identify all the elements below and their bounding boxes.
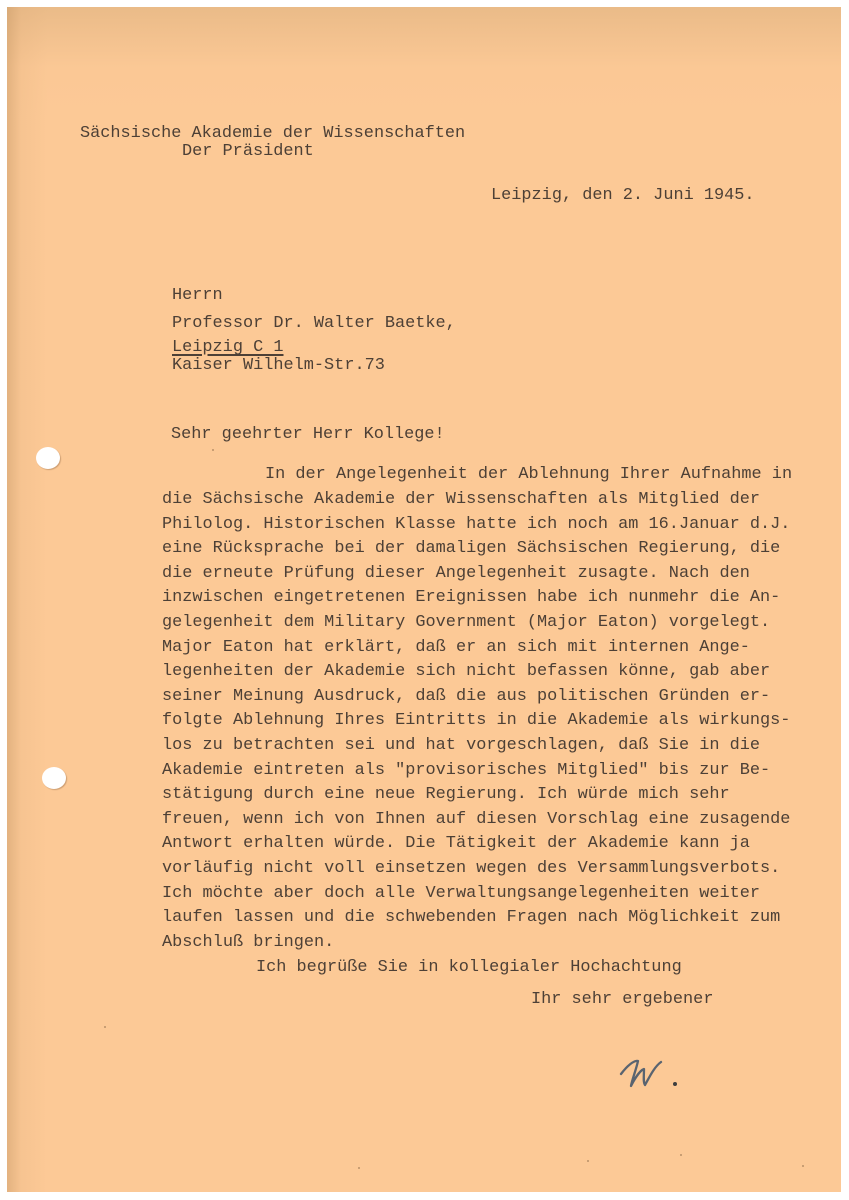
body-line: vorläufig nicht voll einsetzen wegen des… xyxy=(162,859,780,879)
body-line: stätigung durch eine neue Regierung. Ich… xyxy=(162,785,730,805)
body-line: laufen lassen und die schwebenden Fragen… xyxy=(162,908,780,928)
recipient-street: Kaiser Wilhelm-Str.73 xyxy=(172,356,385,376)
body-line: In der Angelegenheit der Ablehnung Ihrer… xyxy=(265,465,792,485)
valediction: Ihr sehr ergebener xyxy=(531,990,713,1010)
body-line: Akademie eintreten als "provisorisches M… xyxy=(162,761,770,781)
body-line: Ich möchte aber doch alle Verwaltungsang… xyxy=(162,884,760,904)
body-line: legenheiten der Akademie sich nicht befa… xyxy=(162,662,770,682)
recipient-name: Professor Dr. Walter Baetke, xyxy=(172,314,456,334)
paper-speck xyxy=(587,1160,589,1162)
body-line: die erneute Prüfung dieser Angelegenheit… xyxy=(162,564,750,584)
body-line: eine Rücksprache bei der damaligen Sächs… xyxy=(162,539,780,559)
closing-line: Ich begrüße Sie in kollegialer Hochachtu… xyxy=(256,958,682,978)
body-line: gelegenheit dem Military Government (Maj… xyxy=(162,613,770,633)
paper-speck xyxy=(802,1165,804,1167)
body-line: Antwort erhalten würde. Die Tätigkeit de… xyxy=(162,834,750,854)
greeting: Sehr geehrter Herr Kollege! xyxy=(171,425,445,445)
sender-title: Der Präsident xyxy=(182,142,314,162)
handwritten-signature-icon xyxy=(618,1052,678,1094)
recipient-salutation: Herrn xyxy=(172,286,223,306)
body-line: folgte Ablehnung Ihres Eintritts in die … xyxy=(162,711,790,731)
punch-hole-top xyxy=(36,447,60,469)
body-line: los zu betrachten sei und hat vorgeschla… xyxy=(162,736,760,756)
body-line: seiner Meinung Ausdruck, daß die aus pol… xyxy=(162,687,770,707)
body-line: freuen, wenn ich von Ihnen auf diesen Vo… xyxy=(162,810,790,830)
paper-speck xyxy=(680,1154,682,1156)
place-date: Leipzig, den 2. Juni 1945. xyxy=(491,186,755,206)
paper-speck xyxy=(212,449,214,451)
body-line: Philolog. Historischen Klasse hatte ich … xyxy=(162,515,790,535)
body-line: Abschluß bringen. xyxy=(162,933,334,953)
paper-speck xyxy=(358,1167,360,1169)
paper-speck xyxy=(104,1026,106,1028)
body-line: inzwischen eingetretenen Ereignissen hab… xyxy=(162,588,780,608)
punch-hole-bottom xyxy=(42,767,66,789)
sender-institution: Sächsische Akademie der Wissenschaften xyxy=(80,124,465,144)
body-line: die Sächsische Akademie der Wissenschaft… xyxy=(162,490,760,510)
recipient-city: Leipzig C 1 xyxy=(172,338,284,358)
body-line: Major Eaton hat erklärt, daß er an sich … xyxy=(162,638,750,658)
